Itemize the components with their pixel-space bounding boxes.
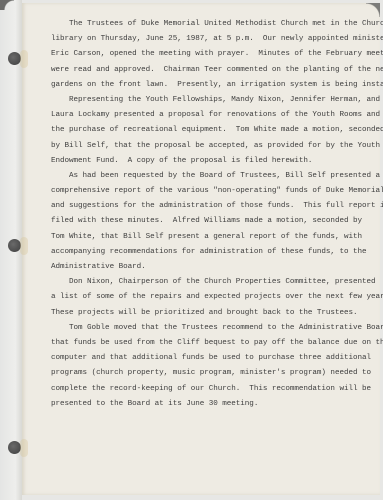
hole-stain-bottom	[20, 439, 28, 457]
paragraph-funds-report: As had been requested by the Board of Tr…	[51, 169, 351, 275]
text-line: presented to the Board at its June 30 me…	[51, 397, 351, 412]
text-line: Laura Lockamy presented a proposal for r…	[51, 108, 351, 123]
text-line: the purchase of recreational equipment. …	[51, 123, 351, 138]
text-line: programs (church property, music program…	[51, 366, 351, 381]
text-line: that funds be used from the Cliff beques…	[51, 336, 351, 351]
text-line: accompanying recommendations for adminis…	[51, 245, 351, 260]
page-corner-curl	[366, 3, 380, 17]
text-line: The Trustees of Duke Memorial United Met…	[51, 17, 351, 32]
text-line: complete the record-keeping of our Churc…	[51, 382, 351, 397]
text-line: Eric Carson, opened the meeting with pra…	[51, 47, 351, 62]
minutes-body: The Trustees of Duke Memorial United Met…	[51, 17, 351, 412]
text-line: Don Nixon, Chairperson of the Church Pro…	[51, 275, 351, 290]
hole-stain-top	[20, 50, 28, 68]
text-line: by Bill Self, that the proposal be accep…	[51, 139, 351, 154]
text-line: and suggestions for the administration o…	[51, 199, 351, 214]
text-line: Endowment Fund. A copy of the proposal i…	[51, 154, 351, 169]
text-line: a list of some of the repairs and expect…	[51, 290, 351, 305]
text-line: were read and approved. Chairman Teer co…	[51, 63, 351, 78]
text-line: Representing the Youth Fellowships, Mand…	[51, 93, 351, 108]
text-line: These projects will be prioritized and b…	[51, 306, 351, 321]
hole-stain-middle	[20, 237, 28, 255]
paragraph-youth-proposal: Representing the Youth Fellowships, Mand…	[51, 93, 351, 169]
paragraph-meeting-opening: The Trustees of Duke Memorial United Met…	[51, 17, 351, 93]
page-corner-shadow	[0, 0, 14, 10]
text-line: computer and that additional funds be us…	[51, 351, 351, 366]
paragraph-cliff-bequest: Tom Goble moved that the Trustees recomm…	[51, 321, 351, 412]
text-line: Administrative Board.	[51, 260, 351, 275]
paragraph-properties-committee: Don Nixon, Chairperson of the Church Pro…	[51, 275, 351, 321]
text-line: As had been requested by the Board of Tr…	[51, 169, 351, 184]
scanned-page: The Trustees of Duke Memorial United Met…	[0, 0, 383, 500]
text-line: comprehensive report of the various "non…	[51, 184, 351, 199]
text-line: filed with these minutes. Alfred William…	[51, 214, 351, 229]
text-line: gardens on the front lawn. Presently, an…	[51, 78, 351, 93]
text-line: Tom White, that Bill Self present a gene…	[51, 230, 351, 245]
text-line: library on Thursday, June 25, 1987, at 5…	[51, 32, 351, 47]
text-line: Tom Goble moved that the Trustees recomm…	[51, 321, 351, 336]
